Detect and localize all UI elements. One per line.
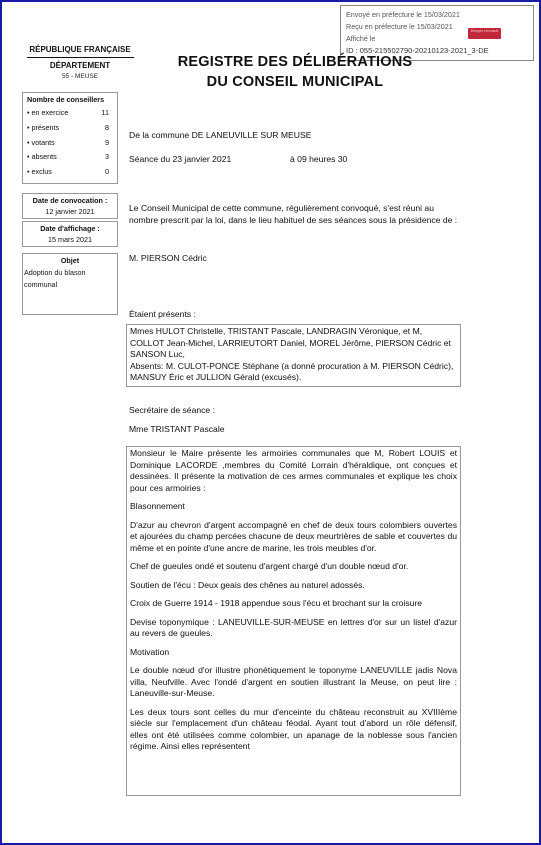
department-label: DÉPARTEMENT	[0, 61, 160, 70]
counsellors-heading: Nombre de conseillers	[27, 95, 113, 104]
subject-value: Adoption du blason communal	[23, 267, 117, 291]
counsellors-box: Nombre de conseillers • en exercice11 • …	[22, 92, 118, 184]
deliberation-paragraph: Croix de Guerre 1914 - 1918 appendue sou…	[130, 598, 457, 610]
row-value: 11	[102, 106, 113, 121]
department-value: 55 - MEUSE	[0, 73, 160, 80]
title-line-2: DU CONSEIL MUNICIPAL	[160, 72, 430, 92]
deliberation-paragraph: Chef de gueules ondé et soutenu d'argent…	[130, 561, 457, 573]
deliberation-paragraph: Le double nœud d'or illustre phonétiquem…	[130, 665, 457, 700]
session-time: à 09 heures 30	[290, 154, 440, 166]
convocation-label: Date de convocation :	[23, 195, 117, 206]
row-value: 0	[105, 165, 113, 180]
counsellor-row: • en exercice11	[27, 106, 113, 121]
subject-box: Objet Adoption du blason communal	[22, 253, 118, 315]
row-value: 3	[105, 150, 113, 165]
counsellor-row: • présents8	[27, 121, 113, 136]
stamp-sent: Envoyé en préfecture le 15/03/2021	[346, 9, 533, 21]
row-label: • exclus	[27, 165, 52, 180]
row-label: • absents	[27, 150, 57, 165]
present-label: Étaient présents :	[129, 309, 459, 321]
subject-label: Objet	[23, 255, 117, 267]
posting-value: 15 mars 2021	[23, 234, 117, 245]
row-value: 8	[105, 121, 113, 136]
absent-members: Absents: M. CULOT-PONCE Stéphane (a donn…	[130, 361, 457, 384]
row-label: • en exercice	[27, 106, 68, 121]
counsellor-row: • exclus0	[27, 165, 113, 180]
republic-label: RÉPUBLIQUE FRANÇAISE	[25, 45, 135, 54]
title-line-1: REGISTRE DES DÉLIBÉRATIONS	[160, 52, 430, 72]
secretary-label: Secrétaire de séance :	[129, 405, 459, 417]
stamp-posted: Affiché le	[346, 33, 533, 45]
counsellor-row: • votants9	[27, 136, 113, 151]
counsellor-row: • absents3	[27, 150, 113, 165]
convocation-date-box: Date de convocation : 12 janvier 2021	[22, 193, 118, 219]
section-heading-blazon: Blasonnement	[130, 501, 457, 513]
stamp-received: Reçu en préfecture le 15/03/2021	[346, 21, 533, 33]
row-label: • votants	[27, 136, 55, 151]
page-title: REGISTRE DES DÉLIBÉRATIONS DU CONSEIL MU…	[160, 52, 430, 92]
section-heading-motivation: Motivation	[130, 647, 457, 659]
commune-line: De la commune DE LANEUVILLE SUR MEUSE	[129, 130, 459, 142]
row-value: 9	[105, 136, 113, 151]
secretary-name: Mme TRISTANT Pascale	[129, 424, 459, 436]
deliberation-paragraph: D'azur au chevron d'argent accompagné en…	[130, 520, 457, 555]
deliberation-paragraph: Les deux tours sont celles du mur d'ence…	[130, 707, 457, 753]
posting-label: Date d'affichage :	[23, 223, 117, 234]
deliberation-paragraph: Devise toponymique : LANEUVILLE-SUR-MEUS…	[130, 617, 457, 640]
deliberation-body: Monsieur le Maire présente les armoiries…	[126, 446, 461, 796]
header-divider	[27, 57, 134, 58]
attendance-box: Mmes HULOT Christelle, TRISTANT Pascale,…	[126, 324, 461, 387]
row-label: • présents	[27, 121, 59, 136]
posting-date-box: Date d'affichage : 15 mars 2021	[22, 221, 118, 247]
present-members: Mmes HULOT Christelle, TRISTANT Pascale,…	[130, 326, 457, 361]
president-name: M. PIERSON Cédric	[129, 253, 459, 265]
deliberation-paragraph: Soutien de l'écu : Deux geais des chênes…	[130, 580, 457, 592]
berger-levrault-logo-icon: Berger Levrault	[468, 28, 501, 39]
convocation-value: 12 janvier 2021	[23, 206, 117, 217]
session-intro: Le Conseil Municipal de cette commune, r…	[129, 203, 459, 226]
deliberation-paragraph: Monsieur le Maire présente les armoiries…	[130, 448, 457, 494]
